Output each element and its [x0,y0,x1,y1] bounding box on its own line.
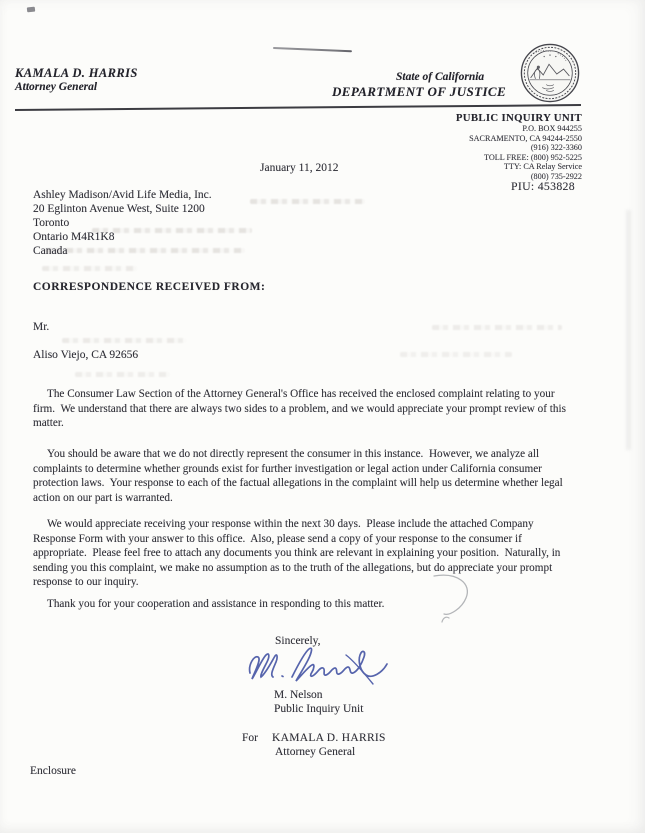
scanned-letter-page: KAMALA D. HARRIS Attorney General State … [0,0,645,833]
ghost-text-artifact [400,352,512,357]
recipient-address-block: Ashley Madison/Avid Life Media, Inc. 20 … [33,188,212,258]
signer-unit: Public Inquiry Unit [274,703,363,715]
contact-line: TTY: CA Relay Service [322,162,582,172]
scan-line-artifact [273,47,352,52]
letterhead-state-line: State of California [396,71,484,83]
contact-line: P.O. BOX 944255 [322,124,582,134]
recipient-line: Canada [33,244,212,258]
complainant-location: Aliso Viejo, CA 92656 [33,349,138,361]
ghost-text-artifact [250,199,365,204]
contact-line: TOLL FREE: (800) 952-5225 [322,153,582,163]
for-official-name: KAMALA D. HARRIS [272,732,386,744]
body-paragraph-1: The Consumer Law Section of the Attorney… [33,387,633,431]
letter-date: January 11, 2012 [260,162,338,174]
for-label: For [242,732,258,744]
letterhead-rule [15,104,581,111]
enclosure-label: Enclosure [30,765,76,777]
recipient-line: Toronto [33,216,212,230]
for-official-title: Attorney General [275,746,355,758]
letterhead-official-title: Attorney General [15,81,97,93]
contact-line: SACRAMENTO, CA 94244-2550 [322,134,582,144]
complainant-salutation: Mr. [33,321,49,333]
body-paragraph-4: Thank you for your cooperation and assis… [33,597,633,612]
ghost-text-artifact [62,338,187,343]
ghost-text-artifact [75,372,170,377]
piu-reference-number: PIU: 453828 [511,179,575,194]
body-paragraph-2: You should be aware that we do not direc… [33,447,633,505]
letterhead-official-name: KAMALA D. HARRIS [15,66,138,81]
contact-line: (916) 322-3360 [322,143,582,153]
scan-speck-artifact [27,7,35,13]
contact-unit-name: PUBLIC INQUIRY UNIT [322,112,582,124]
recipient-line: Ontario M4R1K8 [33,230,212,244]
recipient-line: Ashley Madison/Avid Life Media, Inc. [33,188,212,202]
public-inquiry-contact-block: PUBLIC INQUIRY UNIT P.O. BOX 944255 SACR… [322,112,582,182]
letterhead-department-line: DEPARTMENT OF JUSTICE [332,84,506,100]
body-paragraph-3: We would appreciate receiving your respo… [33,517,633,590]
signer-name: M. Nelson [274,689,323,701]
california-state-seal-icon [519,42,581,104]
ghost-text-artifact [432,325,562,330]
scan-curl-mark [428,572,474,626]
ghost-text-artifact [42,266,137,271]
handwritten-signature [246,643,398,693]
correspondence-heading: CORRESPONDENCE RECEIVED FROM: [33,281,265,293]
recipient-line: 20 Eglinton Avenue West, Suite 1200 [33,202,212,216]
